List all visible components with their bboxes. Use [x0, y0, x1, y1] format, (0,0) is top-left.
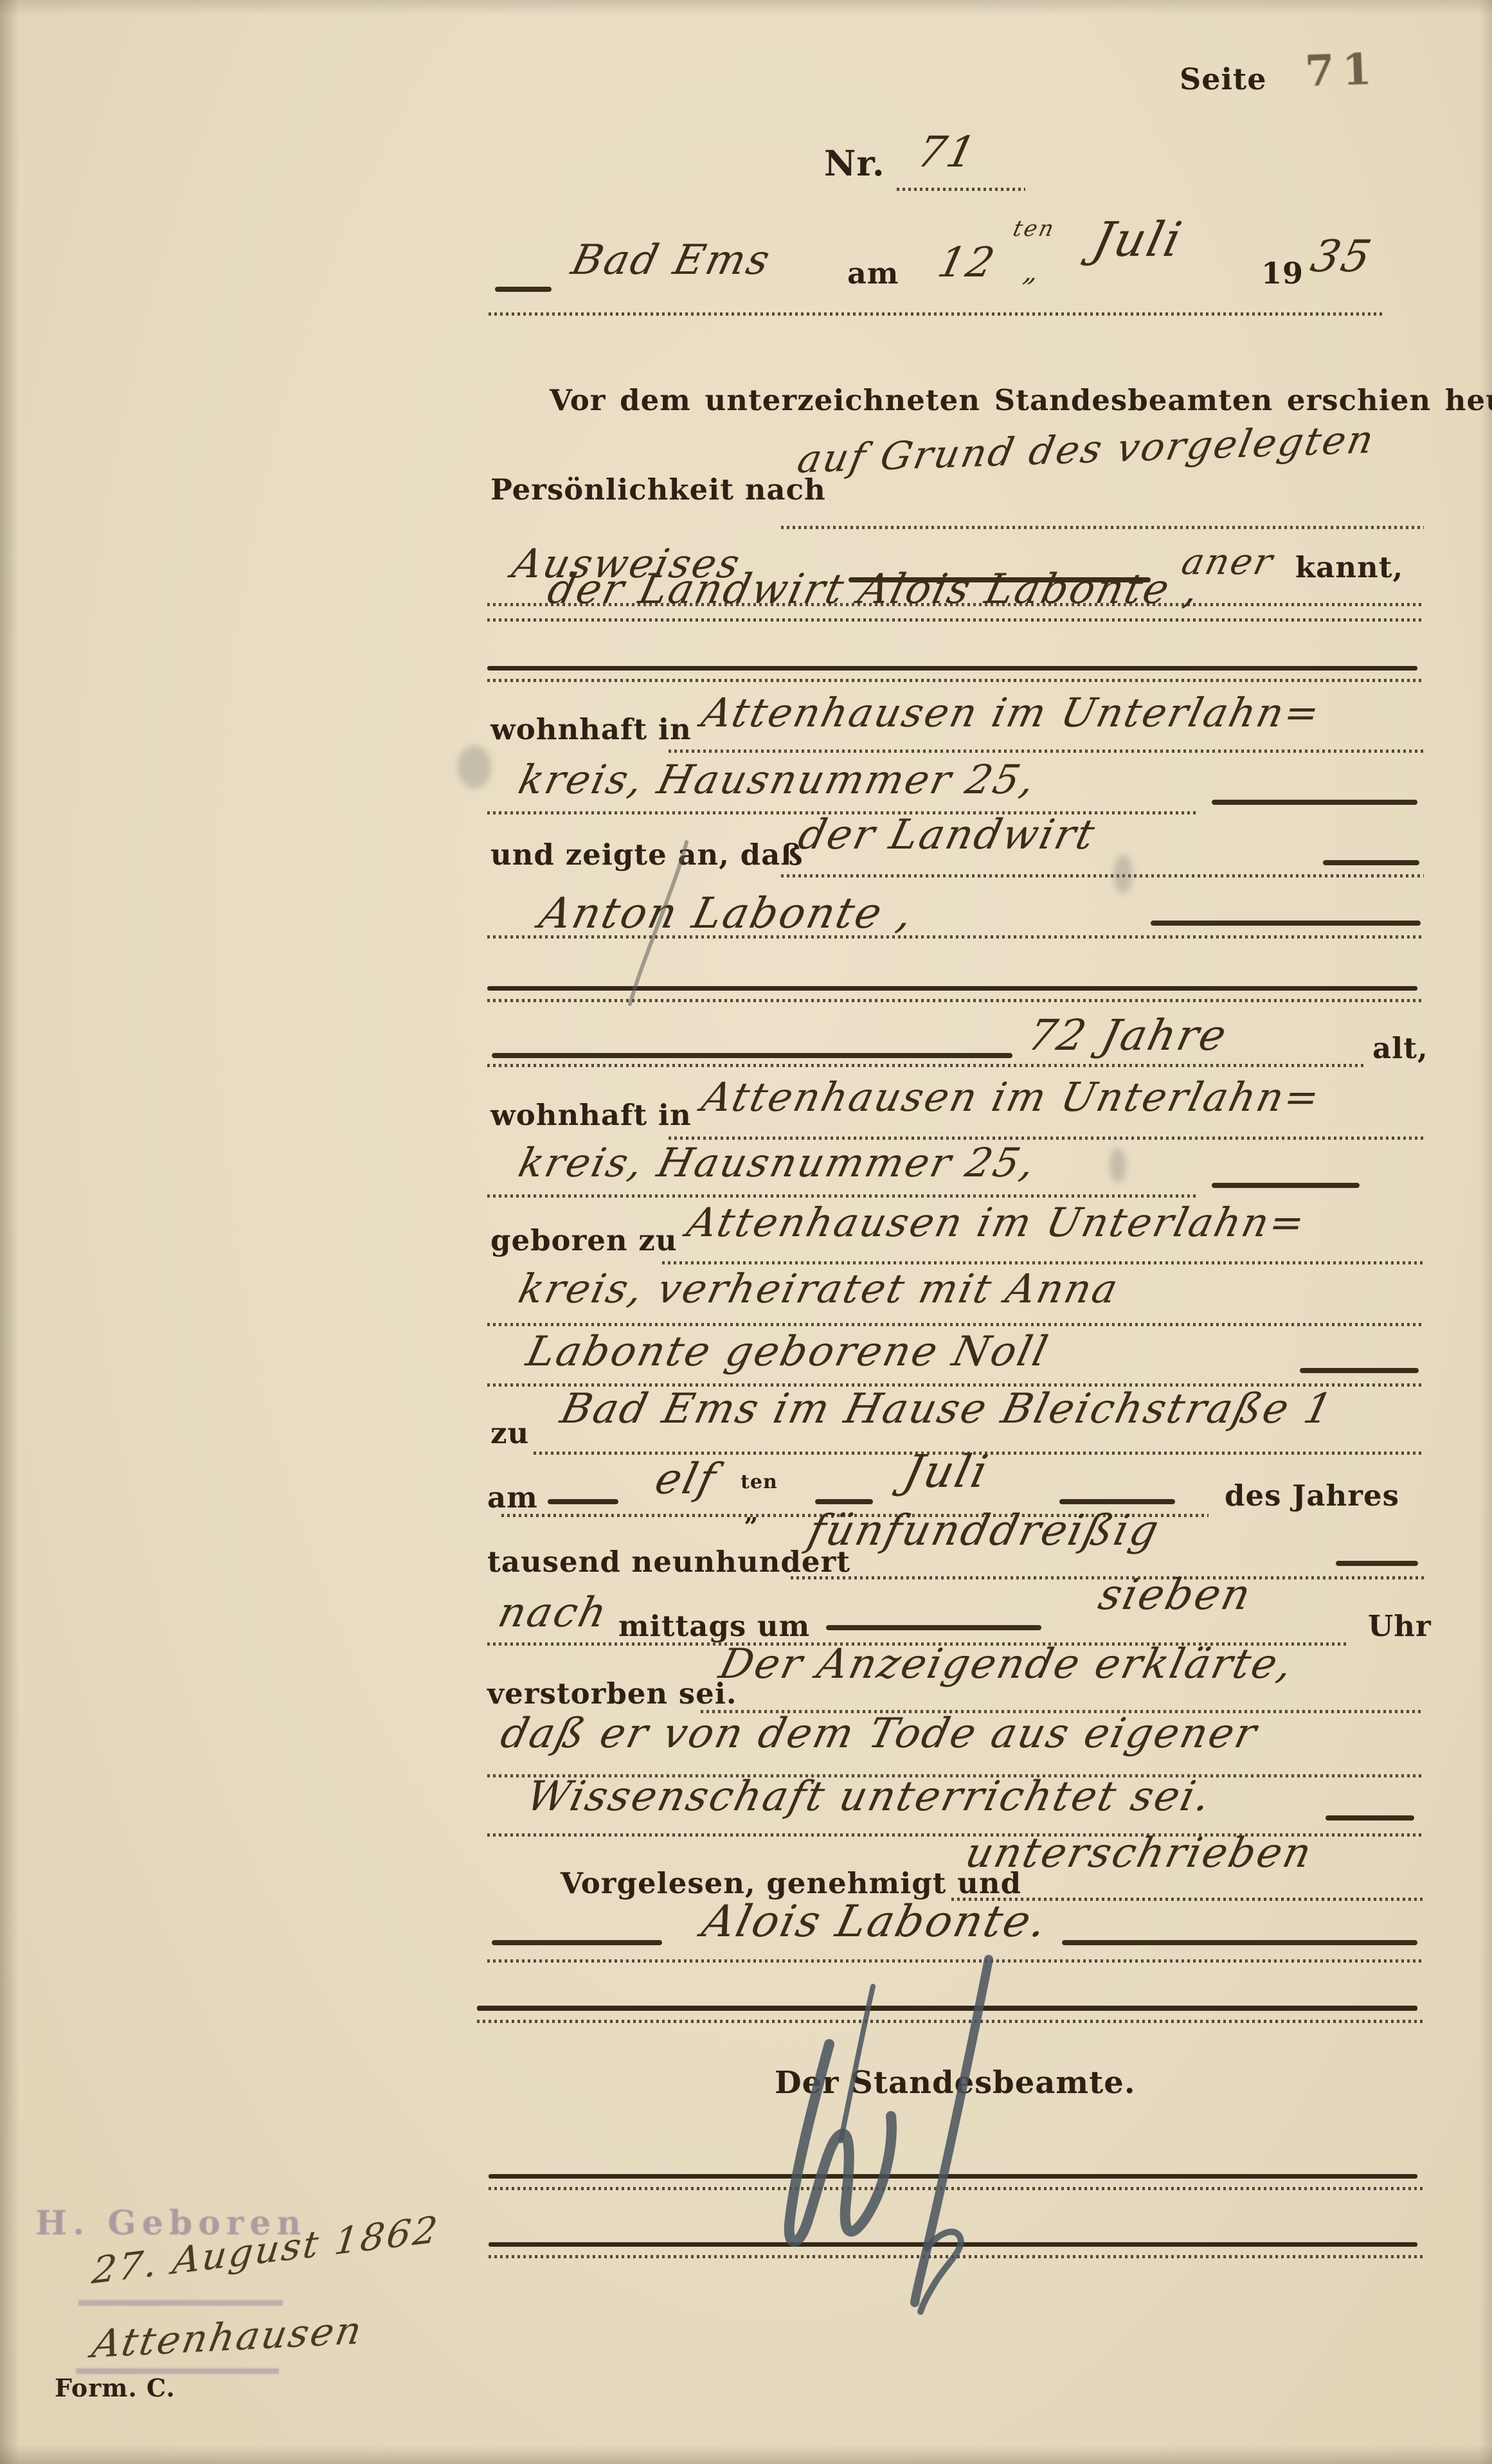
- ordinal-label: ten: [741, 1471, 778, 1493]
- nach-entry: nach: [494, 1589, 613, 1637]
- record-no-label: Nr.: [824, 143, 885, 184]
- dateline-day: 12: [933, 239, 1001, 287]
- page-number-stamp: 71: [1304, 44, 1381, 96]
- ordinal-ditto-mark: „: [744, 1498, 759, 1527]
- ink-dash: [1151, 921, 1421, 926]
- form-dotted-line: [662, 1261, 1424, 1264]
- ink-dash: [1059, 1499, 1175, 1504]
- zu-label: zu: [490, 1416, 529, 1450]
- age-entry: 72 Jahre: [1023, 1011, 1233, 1060]
- form-dotted-line: [487, 618, 1424, 622]
- wissen1-entry: daß er von dem Tode aus eigener: [496, 1710, 1263, 1758]
- tausend-label: tausend neunhundert: [487, 1545, 850, 1579]
- form-dotted-line: [489, 312, 1383, 316]
- form-dotted-line: [487, 1194, 1198, 1198]
- kannt-label: kannt,: [1295, 550, 1403, 584]
- form-dotted-line: [487, 679, 1424, 682]
- dateline-am-label: am: [847, 256, 899, 291]
- mittags-label: mittags um: [618, 1609, 810, 1643]
- zeigte-entry: der Landwirt: [794, 811, 1101, 859]
- form-dotted-line: [487, 1323, 1424, 1326]
- dateline-century-label: 19: [1261, 256, 1304, 291]
- ink-dash: [1336, 1561, 1418, 1566]
- jahres-label: des Jahres: [1225, 1479, 1399, 1513]
- page-side-label: Seite: [1180, 62, 1266, 96]
- persoenlichkeit-entry: auf Grund des vorgelegten: [794, 417, 1379, 482]
- wohnhaft2-label: wohnhaft in: [490, 1098, 692, 1132]
- ink-dash: [495, 287, 552, 292]
- stamp-underline: [78, 2300, 283, 2306]
- death-month-entry: Juli: [899, 1445, 994, 1498]
- ink-smudge: [1110, 1148, 1126, 1183]
- form-dotted-line: [781, 526, 1424, 529]
- dateline-place: Bad Ems: [567, 237, 776, 284]
- birth-place-entry: Attenhausen: [89, 2308, 367, 2367]
- form-dotted-line: [897, 188, 1025, 191]
- pencil-stroke: [611, 836, 714, 1016]
- wohnhaft-label: wohnhaft in: [490, 712, 692, 746]
- registrar-signature: [733, 1948, 1022, 2321]
- wohnhaft2-entry: Attenhausen im Unterlahn=: [697, 1074, 1326, 1120]
- ink-dash: [1212, 800, 1417, 805]
- ink-dash: [492, 1940, 662, 1945]
- kreis1-entry: kreis, Hausnummer 25,: [514, 756, 1041, 803]
- form-dotted-line: [669, 750, 1424, 753]
- vorgelesen-label: Vorgelesen, genehmigt und: [561, 1866, 1021, 1900]
- geboren-entry: Attenhausen im Unterlahn=: [683, 1199, 1311, 1246]
- form-type-label: Form. C.: [55, 2373, 175, 2402]
- dateline-ordinal: ten: [1011, 216, 1058, 242]
- declarant-entry: der Landwirt Alois Labonte ,: [543, 566, 1205, 613]
- geboren-label: geboren zu: [490, 1223, 678, 1257]
- record-no-value: 71: [913, 127, 982, 177]
- alt-label: alt,: [1372, 1031, 1428, 1065]
- ink-dash: [1323, 860, 1419, 865]
- ink-dash: [815, 1499, 873, 1504]
- ink-dash: [1062, 1940, 1417, 1945]
- ink-smudge: [1113, 855, 1133, 894]
- ink-smudge: [458, 746, 491, 788]
- erklaerte-entry: Der Anzeigende erklärte,: [715, 1641, 1299, 1688]
- deceased-entry: Anton Labonte ,: [535, 888, 919, 938]
- ink-dash: [548, 1499, 618, 1504]
- death-register-page: Seite 71 Nr. 71 Bad Ems am 12 ten „ Juli…: [0, 0, 1492, 2464]
- dateline-ditto-mark: „: [1021, 256, 1044, 287]
- spouse-entry: Labonte geborene Noll: [522, 1328, 1054, 1376]
- kreis2-entry: kreis, Hausnummer 25,: [514, 1139, 1041, 1186]
- persoenlichkeit-label: Persönlichkeit nach: [490, 472, 826, 507]
- unterschrieben-entry: unterschrieben: [961, 1830, 1318, 1877]
- form-dotted-line: [487, 1064, 1366, 1067]
- declarant-signature: Alois Labonte.: [697, 1896, 1053, 1947]
- uhr-label: Uhr: [1368, 1609, 1432, 1643]
- form-dotted-line: [781, 874, 1424, 877]
- dateline-month: Juli: [1088, 212, 1189, 267]
- death-day-entry: elf: [651, 1454, 722, 1504]
- form-rule: [487, 666, 1417, 670]
- wissen2-entry: Wissenschaft unterrichtet sei.: [522, 1773, 1217, 1821]
- wohnhaft1-entry: Attenhausen im Unterlahn=: [697, 689, 1326, 736]
- ink-dash: [826, 1625, 1041, 1630]
- intro-paragraph: Vor dem unterzeichneten Standesbeamten e…: [550, 383, 1492, 417]
- death-place-entry: Bad Ems im Hause Bleichstraße 1: [556, 1385, 1338, 1433]
- dateline-year: 35: [1306, 231, 1378, 282]
- death-year-entry: fünfunddreißig: [804, 1506, 1165, 1555]
- kreis3-entry: kreis, verheiratet mit Anna: [514, 1265, 1124, 1312]
- ink-dash: [1326, 1815, 1414, 1821]
- ink-dash: [492, 1053, 1012, 1058]
- am-label: am: [487, 1480, 538, 1515]
- ink-dash: [1300, 1368, 1419, 1373]
- death-hour-entry: sieben: [1094, 1570, 1257, 1619]
- verstorben-label: verstorben sei.: [487, 1677, 737, 1711]
- ink-dash: [1212, 1183, 1360, 1188]
